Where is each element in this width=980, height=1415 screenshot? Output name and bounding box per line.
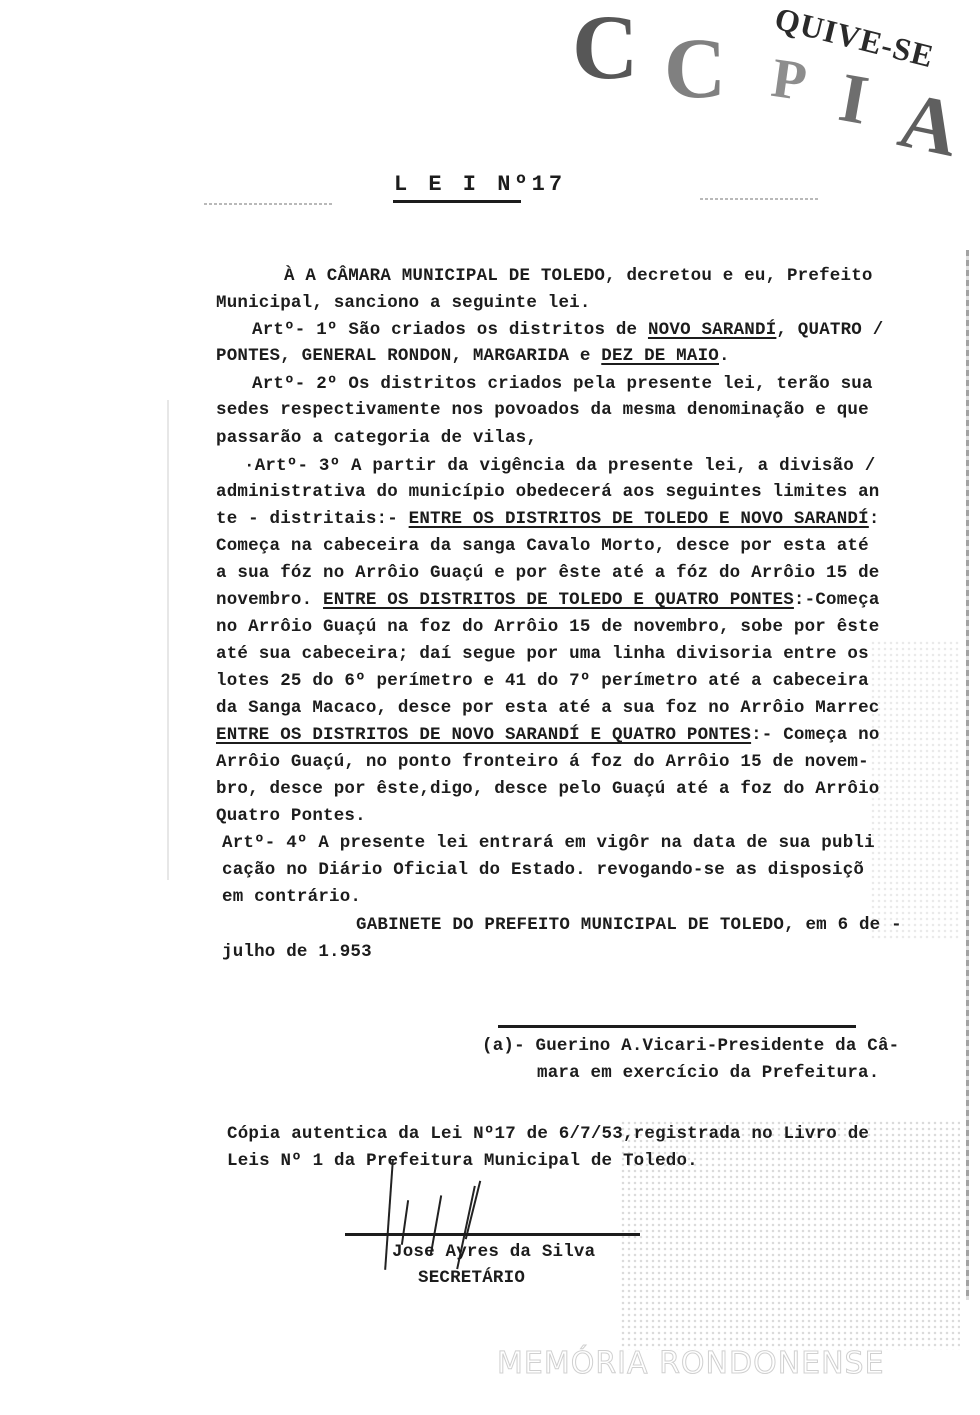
watermark: MEMÓRIA RONDONENSE xyxy=(497,1346,885,1381)
body-text: GABINETE DO PREFEITO MUNICIPAL DE TOLEDO… xyxy=(356,915,902,935)
body-text: sedes respectivamente nos povoados da me… xyxy=(216,400,869,420)
document-title: L E I Nº17 xyxy=(394,172,566,197)
body-text: bro, desce por êste,digo, desce pelo Gua… xyxy=(216,779,880,799)
body-text: Quatro Pontes. xyxy=(216,806,366,826)
body-line: cação no Diário Oficial do Estado. revog… xyxy=(222,860,864,880)
stamp-letter: I xyxy=(833,58,874,142)
scan-noise xyxy=(870,640,960,940)
body-line: julho de 1.953 xyxy=(222,942,372,962)
body-text: julho de 1.953 xyxy=(222,942,372,962)
body-text: . xyxy=(719,346,730,366)
body-line: sedes respectivamente nos povoados da me… xyxy=(216,400,869,420)
secretary-rule xyxy=(345,1233,640,1236)
body-line: Municipal, sanciono a seguinte lei. xyxy=(216,293,591,313)
body-line: até sua cabeceira; daí segue por uma lin… xyxy=(216,644,869,664)
body-line: administrativa do município obedecerá ao… xyxy=(216,482,880,502)
body-line: GABINETE DO PREFEITO MUNICIPAL DE TOLEDO… xyxy=(356,915,902,935)
body-line: Arrôio Guaçú, no ponto fronteiro á foz d… xyxy=(216,752,869,772)
body-line: PONTES, GENERAL RONDON, MARGARIDA e DEZ … xyxy=(216,346,730,366)
underlined-heading: ENTRE OS DISTRITOS DE NOVO SARANDÍ E QUA… xyxy=(216,725,751,745)
underlined-heading: DEZ DE MAIO xyxy=(601,346,719,366)
body-line: ·Artº- 3º A partir da vigência da presen… xyxy=(244,456,875,476)
body-text: À A CÂMARA MUNICIPAL DE TOLEDO, decretou… xyxy=(284,266,873,286)
body-text: te - distritais:- xyxy=(216,509,409,529)
body-text: passarão a categoria de vilas, xyxy=(216,428,537,448)
body-line: Artº- 1º São criados os distritos de NOV… xyxy=(252,320,883,340)
body-line: À A CÂMARA MUNICIPAL DE TOLEDO, decretou… xyxy=(284,266,873,286)
secretary-role: SECRETÁRIO xyxy=(418,1268,525,1288)
body-text: Artº- 4º A presente lei entrará em vigôr… xyxy=(222,833,875,853)
body-text: Começa na cabeceira da sanga Cavalo Mort… xyxy=(216,536,869,556)
body-line: em contrário. xyxy=(222,887,361,907)
margin-line xyxy=(167,400,169,880)
body-text: da Sanga Macaco, desce por esta até a su… xyxy=(216,698,880,718)
title-underline xyxy=(393,200,521,203)
handwritten-signature xyxy=(401,1200,409,1245)
stamp-letter: C xyxy=(572,0,638,100)
body-text: a sua fóz no Arrôio Guaçú e por êste até… xyxy=(216,563,880,583)
body-text: cação no Diário Oficial do Estado. revog… xyxy=(222,860,864,880)
body-text: Municipal, sanciono a seguinte lei. xyxy=(216,293,591,313)
document-page: C C P I A QUIVE-SE L E I Nº17 À A CÂMARA… xyxy=(0,0,980,1415)
body-line: da Sanga Macaco, desce por esta até a su… xyxy=(216,698,880,718)
stamp-letter: C xyxy=(664,18,726,118)
body-text: administrativa do município obedecerá ao… xyxy=(216,482,880,502)
body-text: Arrôio Guaçú, no ponto fronteiro á foz d… xyxy=(216,752,869,772)
body-line: a sua fóz no Arrôio Guaçú e por êste até… xyxy=(216,563,880,583)
body-text: Artº- 2º Os distritos criados pela prese… xyxy=(252,374,873,394)
secretary-name: Jose Ayres da Silva xyxy=(392,1242,595,1262)
body-text: , QUATRO / xyxy=(776,320,883,340)
underlined-heading: ENTRE OS DISTRITOS DE TOLEDO E NOVO SARA… xyxy=(409,509,869,529)
body-line: Quatro Pontes. xyxy=(216,806,366,826)
body-line: passarão a categoria de vilas, xyxy=(216,428,537,448)
body-text: :-Começa xyxy=(794,590,880,610)
signature-line-2: mara em exercício da Prefeitura. xyxy=(537,1063,879,1083)
body-line: Artº- 2º Os distritos criados pela prese… xyxy=(252,374,873,394)
underlined-heading: ENTRE OS DISTRITOS DE TOLEDO E QUATRO PO… xyxy=(323,590,794,610)
body-line: ENTRE OS DISTRITOS DE NOVO SARANDÍ E QUA… xyxy=(216,725,880,745)
body-text: até sua cabeceira; daí segue por uma lin… xyxy=(216,644,869,664)
signature-rule xyxy=(498,1025,856,1028)
smudge xyxy=(700,198,820,200)
signature-line-1: (a)- Guerino A.Vicari-Presidente da Câ- xyxy=(482,1036,899,1056)
body-text: no Arrôio Guaçú na foz do Arrôio 15 de n… xyxy=(216,617,880,637)
smudge xyxy=(204,203,334,205)
body-text: novembro. xyxy=(216,590,323,610)
page-edge xyxy=(966,250,969,1300)
body-line: no Arrôio Guaçú na foz do Arrôio 15 de n… xyxy=(216,617,880,637)
body-text: Artº- 1º São criados os distritos de xyxy=(252,320,648,340)
stamp-letter: P xyxy=(768,46,811,114)
underlined-heading: NOVO SARANDÍ xyxy=(648,320,776,340)
body-line: bro, desce por êste,digo, desce pelo Gua… xyxy=(216,779,880,799)
body-text: ·Artº- 3º A partir da vigência da presen… xyxy=(244,456,875,476)
body-text: PONTES, GENERAL RONDON, MARGARIDA e xyxy=(216,346,601,366)
body-text: :- Começa no xyxy=(751,725,879,745)
stamp-letter: A xyxy=(891,75,966,176)
body-line: Começa na cabeceira da sanga Cavalo Mort… xyxy=(216,536,869,556)
body-line: Artº- 4º A presente lei entrará em vigôr… xyxy=(222,833,875,853)
body-text: em contrário. xyxy=(222,887,361,907)
body-line: te - distritais:- ENTRE OS DISTRITOS DE … xyxy=(216,509,880,529)
scan-noise xyxy=(620,1120,960,1350)
body-text: lotes 25 do 6º perímetro e 41 do 7º perí… xyxy=(216,671,869,691)
body-line: novembro. ENTRE OS DISTRITOS DE TOLEDO E… xyxy=(216,590,880,610)
body-text: : xyxy=(869,509,880,529)
body-line: lotes 25 do 6º perímetro e 41 do 7º perí… xyxy=(216,671,869,691)
